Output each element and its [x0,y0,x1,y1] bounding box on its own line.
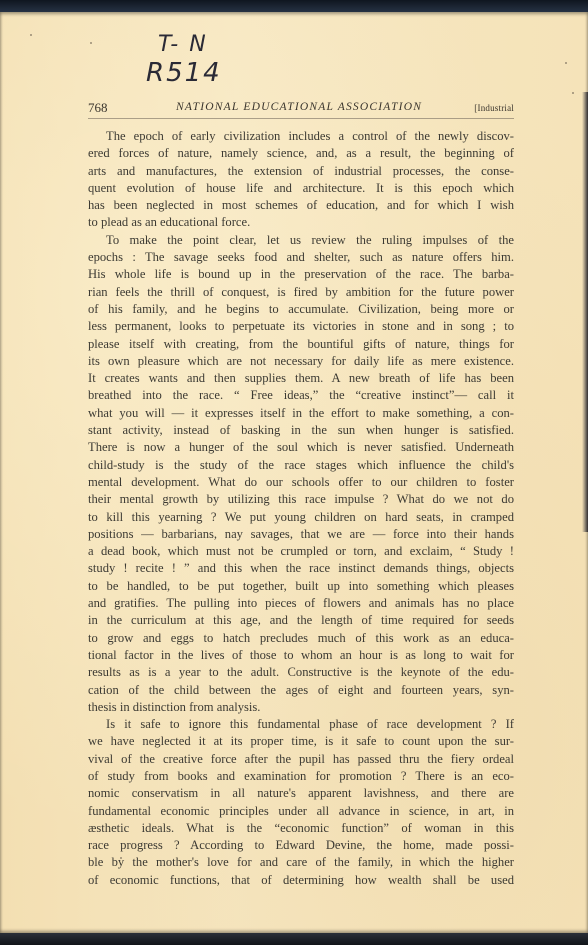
page-right-shadow [582,92,588,532]
text-line: epochs : The savage seeks food and shelt… [88,249,514,266]
paper-speck [30,34,32,36]
text-line: to be handled, to be put together, built… [88,578,514,595]
text-line: has been neglected in most schemes of ed… [88,197,514,214]
text-line: rian feels the thrill of conquest, is fi… [88,284,514,301]
text-line: His whole life is bound up in the preser… [88,266,514,283]
text-line: to plead as an educational force. [88,214,514,231]
text-line: in the curriculum at this age, and the l… [88,612,514,629]
text-line: There is now a hunger of the soul which … [88,439,514,456]
paragraph-1: The epoch of early civilization includes… [88,128,514,232]
text-line: of study from books and examination for … [88,768,514,785]
page-number: 768 [88,100,108,116]
text-line: and gratifies. The pulling into pieces o… [88,595,514,612]
text-line: to grow and eggs to hatch precludes much… [88,630,514,647]
book-page: T- N R514 768 NATIONAL EDUCATIONAL ASSOC… [0,12,588,933]
text-line: to kill this yearning ? We put young chi… [88,509,514,526]
text-line: Is it safe to ignore this fundamental ph… [88,716,514,733]
text-line: ered forces of nature, namely science, a… [88,145,514,162]
text-line: quent evolution of house life and archit… [88,180,514,197]
text-line: their mental growth by utilizing this ra… [88,491,514,508]
text-line: results as is a year to the adult. Const… [88,664,514,681]
paper-speck [90,42,92,44]
text-line: what you will — it expresses itself in t… [88,405,514,422]
running-head: 768 NATIONAL EDUCATIONAL ASSOCIATION [In… [88,100,514,116]
text-line: please itself with creating, from the bo… [88,336,514,353]
text-line: vival of the creative force after the pu… [88,751,514,768]
section-name: [Industrial [474,103,514,113]
text-line: of his family, and he begins to accumula… [88,301,514,318]
handwritten-note-line-1: T- N [158,32,208,57]
text-line: mental development. What do our schools … [88,474,514,491]
text-line: ble by the mother's love for and care of… [88,854,514,871]
scan-top-border [0,0,588,12]
text-line: positions — barbarians, nay savages, tha… [88,526,514,543]
text-line: To make the point clear, let us review t… [88,232,514,249]
text-line: fundamental economic principles under al… [88,803,514,820]
journal-title: NATIONAL EDUCATIONAL ASSOCIATION [176,101,422,113]
header-rule [88,118,514,119]
body-text: The epoch of early civilization includes… [88,128,514,889]
text-line: The epoch of early civilization includes… [88,128,514,145]
text-line: less permanent, looks to perpetuate its … [88,318,514,335]
text-line: thesis in distinction from analysis. [88,699,514,716]
text-line: its own pleasure which are not necessary… [88,353,514,370]
paper-speck [572,92,574,94]
text-line: child-study is the study of the race sta… [88,457,514,474]
text-line: breathed into the race. “ Free ideas,” t… [88,387,514,404]
text-line: tional factor in the lives of those to w… [88,647,514,664]
text-line: arts and manufactures, the extension of … [88,163,514,180]
text-line: nomic conservatism in all nature's appar… [88,785,514,802]
paragraph-3: Is it safe to ignore this fundamental ph… [88,716,514,889]
text-line: we have neglected it at its proper time,… [88,733,514,750]
text-line: It creates wants and then supplies them.… [88,370,514,387]
text-line: a dead book, which must not be crumpled … [88,543,514,560]
paragraph-2: To make the point clear, let us review t… [88,232,514,716]
paper-speck [565,62,567,64]
text-line: study ! recite ! ” and this when the rac… [88,560,514,577]
scan-bottom-border [0,933,588,945]
handwritten-note-line-2: R514 [146,58,222,88]
text-line: race progress ? According to Edward Devi… [88,837,514,854]
text-line: æsthetic ideals. What is the “economic f… [88,820,514,837]
paper-speck [120,857,122,859]
text-line: of economic functions, that of determini… [88,872,514,889]
text-line: cation of the child between the ages of … [88,682,514,699]
text-line: stant activity, instead of basking in th… [88,422,514,439]
